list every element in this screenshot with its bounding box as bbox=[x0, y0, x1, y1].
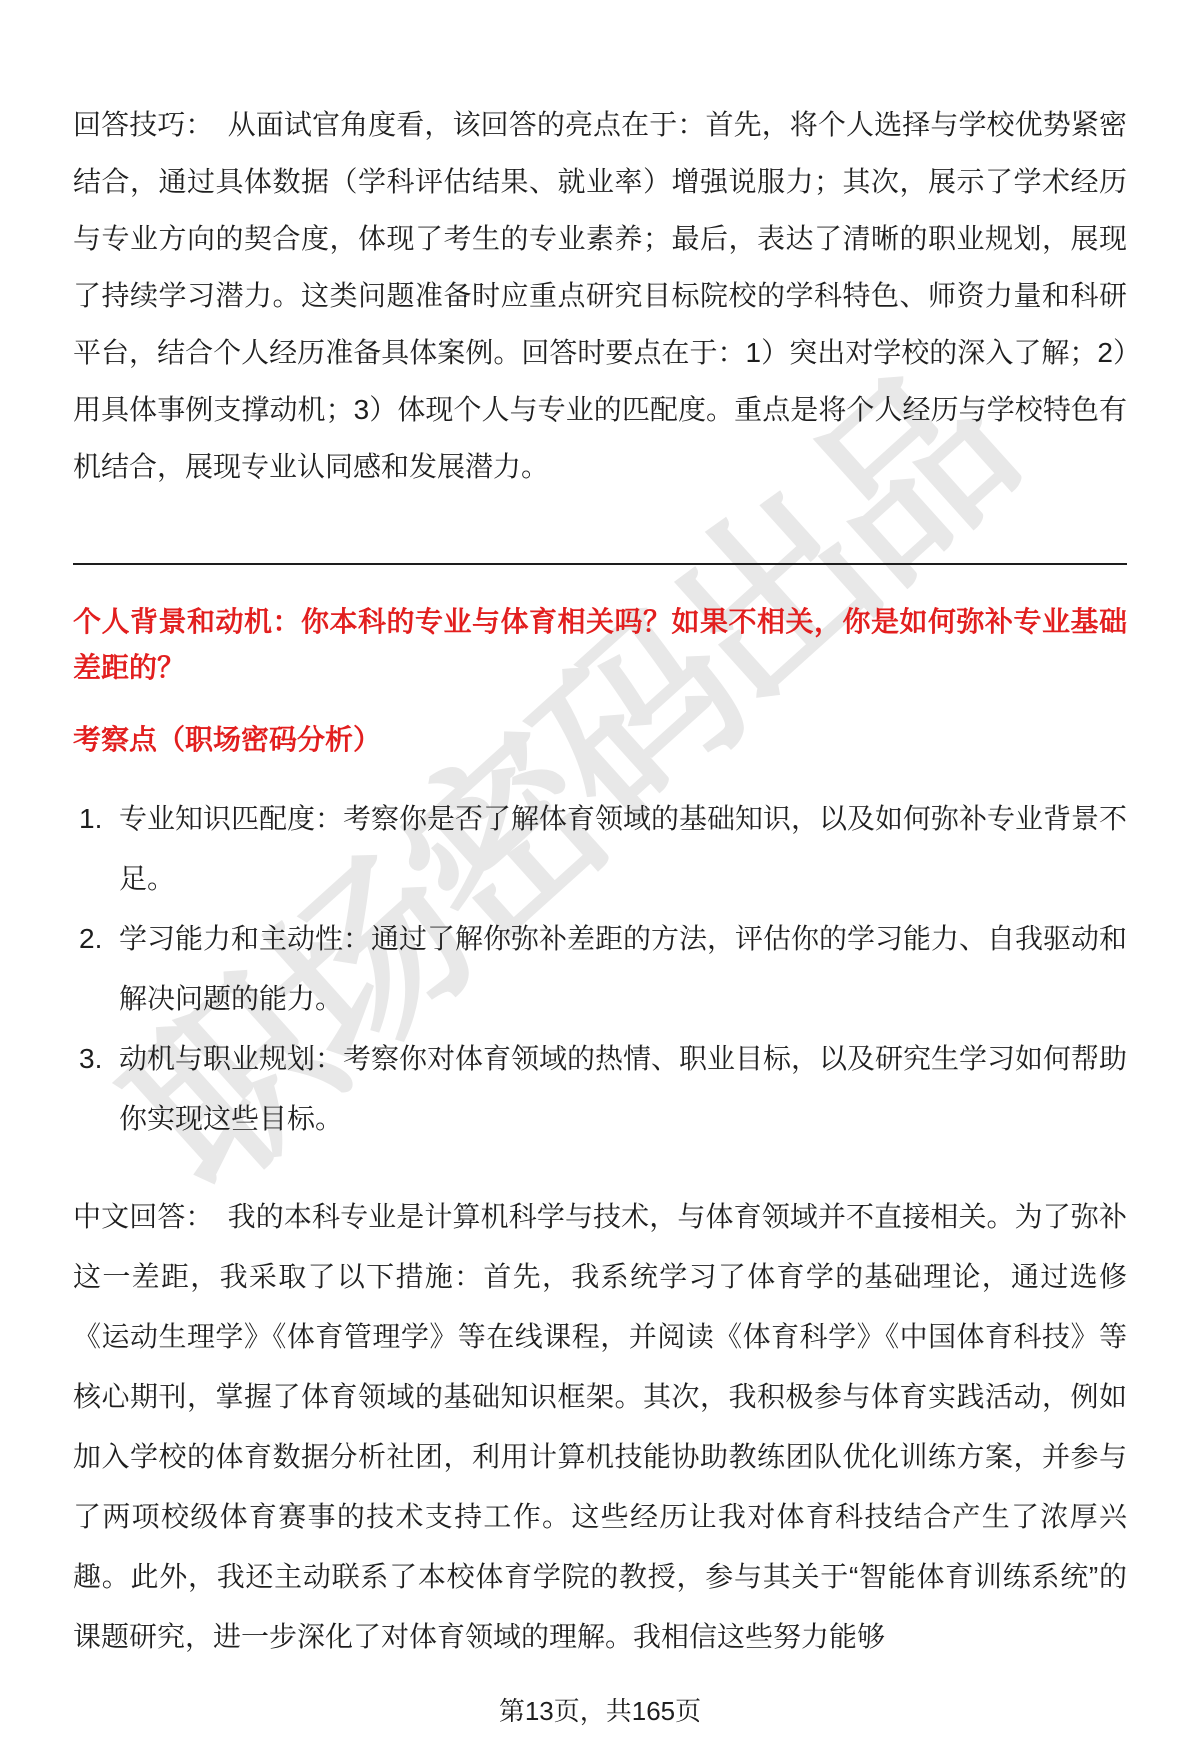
list-item: 2. 学习能力和主动性：通过了解你弥补差距的方法，评估你的学习能力、自我驱动和解… bbox=[73, 909, 1127, 1029]
section-divider bbox=[73, 563, 1127, 565]
page-content: 回答技巧： 从面试官角度看，该回答的亮点在于：首先，将个人选择与学校优势紧密结合… bbox=[0, 0, 1200, 1755]
document-page: { "colors": { "body_text": "#1e1e1e", "a… bbox=[0, 0, 1200, 1755]
answer-tips-paragraph: 回答技巧： 从面试官角度看，该回答的亮点在于：首先，将个人选择与学校优势紧密结合… bbox=[73, 0, 1127, 495]
list-item-number: 1. bbox=[79, 789, 119, 849]
list-item: 1. 专业知识匹配度：考察你是否了解体育领域的基础知识，以及如何弥补专业背景不足… bbox=[73, 789, 1127, 909]
list-item-number: 2. bbox=[79, 909, 119, 969]
chinese-answer-paragraph: 中文回答： 我的本科专业是计算机科学与技术，与体育领域并不直接相关。为了弥补这一… bbox=[73, 1187, 1127, 1667]
list-item-number: 3. bbox=[79, 1029, 119, 1089]
question-title: 个人背景和动机：你本科的专业与体育相关吗？如果不相关，你是如何弥补专业基础差距的… bbox=[73, 599, 1127, 691]
list-item-text: 学习能力和主动性：通过了解你弥补差距的方法，评估你的学习能力、自我驱动和解决问题… bbox=[119, 909, 1127, 1029]
list-item-text: 动机与职业规划：考察你对体育领域的热情、职业目标，以及研究生学习如何帮助你实现这… bbox=[119, 1029, 1127, 1149]
page-number-indicator: 第13页，共165页 bbox=[73, 1693, 1127, 1729]
analysis-heading: 考察点（职场密码分析） bbox=[73, 717, 1127, 763]
list-item-text: 专业知识匹配度：考察你是否了解体育领域的基础知识，以及如何弥补专业背景不足。 bbox=[119, 789, 1127, 909]
list-item: 3. 动机与职业规划：考察你对体育领域的热情、职业目标，以及研究生学习如何帮助你… bbox=[73, 1029, 1127, 1149]
exam-points-list: 1. 专业知识匹配度：考察你是否了解体育领域的基础知识，以及如何弥补专业背景不足… bbox=[73, 789, 1127, 1149]
